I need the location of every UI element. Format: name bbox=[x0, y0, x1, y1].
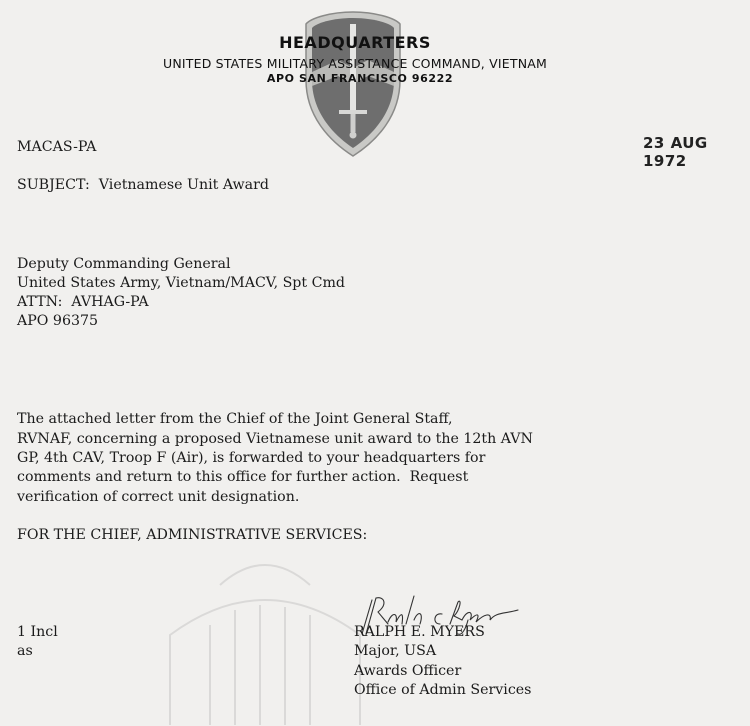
enclosure-line: 1 Incl bbox=[17, 624, 58, 640]
addressee-line: ATTN: AVHAG-PA bbox=[17, 294, 149, 310]
body-line: The attached letter from the Chief of th… bbox=[17, 411, 453, 427]
authority-line: FOR THE CHIEF, ADMINISTRATIVE SERVICES: bbox=[17, 527, 367, 543]
signer-office: Office of Admin Services bbox=[354, 682, 531, 698]
letterhead-title: HEADQUARTERS bbox=[210, 33, 500, 52]
body-line: GP, 4th CAV, Troop F (Air), is forwarded… bbox=[17, 450, 485, 466]
addressee-line: United States Army, Vietnam/MACV, Spt Cm… bbox=[17, 275, 345, 291]
subject-line: SUBJECT: Vietnamese Unit Award bbox=[17, 177, 269, 193]
subject-value: Vietnamese Unit Award bbox=[99, 177, 269, 193]
letter-page: HEADQUARTERS UNITED STATES MILITARY ASSI… bbox=[0, 0, 750, 726]
body-line: verification of correct unit designation… bbox=[17, 489, 299, 505]
signer-name: RALPH E. MYERS bbox=[354, 624, 485, 640]
enclosure-line: as bbox=[17, 643, 33, 659]
signer-rank: Major, USA bbox=[354, 643, 436, 659]
addressee-line: APO 96375 bbox=[17, 313, 98, 329]
letterhead-address: APO SAN FRANCISCO 96222 bbox=[200, 72, 520, 85]
office-symbol: MACAS-PA bbox=[17, 139, 96, 155]
signer-title: Awards Officer bbox=[354, 663, 461, 679]
body-line: comments and return to this office for f… bbox=[17, 469, 468, 485]
addressee-line: Deputy Commanding General bbox=[17, 256, 231, 272]
watermark-seal-icon bbox=[150, 545, 380, 725]
letterhead-organization: UNITED STATES MILITARY ASSISTANCE COMMAN… bbox=[120, 56, 590, 71]
subject-label: SUBJECT: bbox=[17, 177, 90, 193]
body-line: RVNAF, concerning a proposed Vietnamese … bbox=[17, 431, 533, 447]
date-stamp: 23 AUG 1972 bbox=[643, 134, 750, 170]
